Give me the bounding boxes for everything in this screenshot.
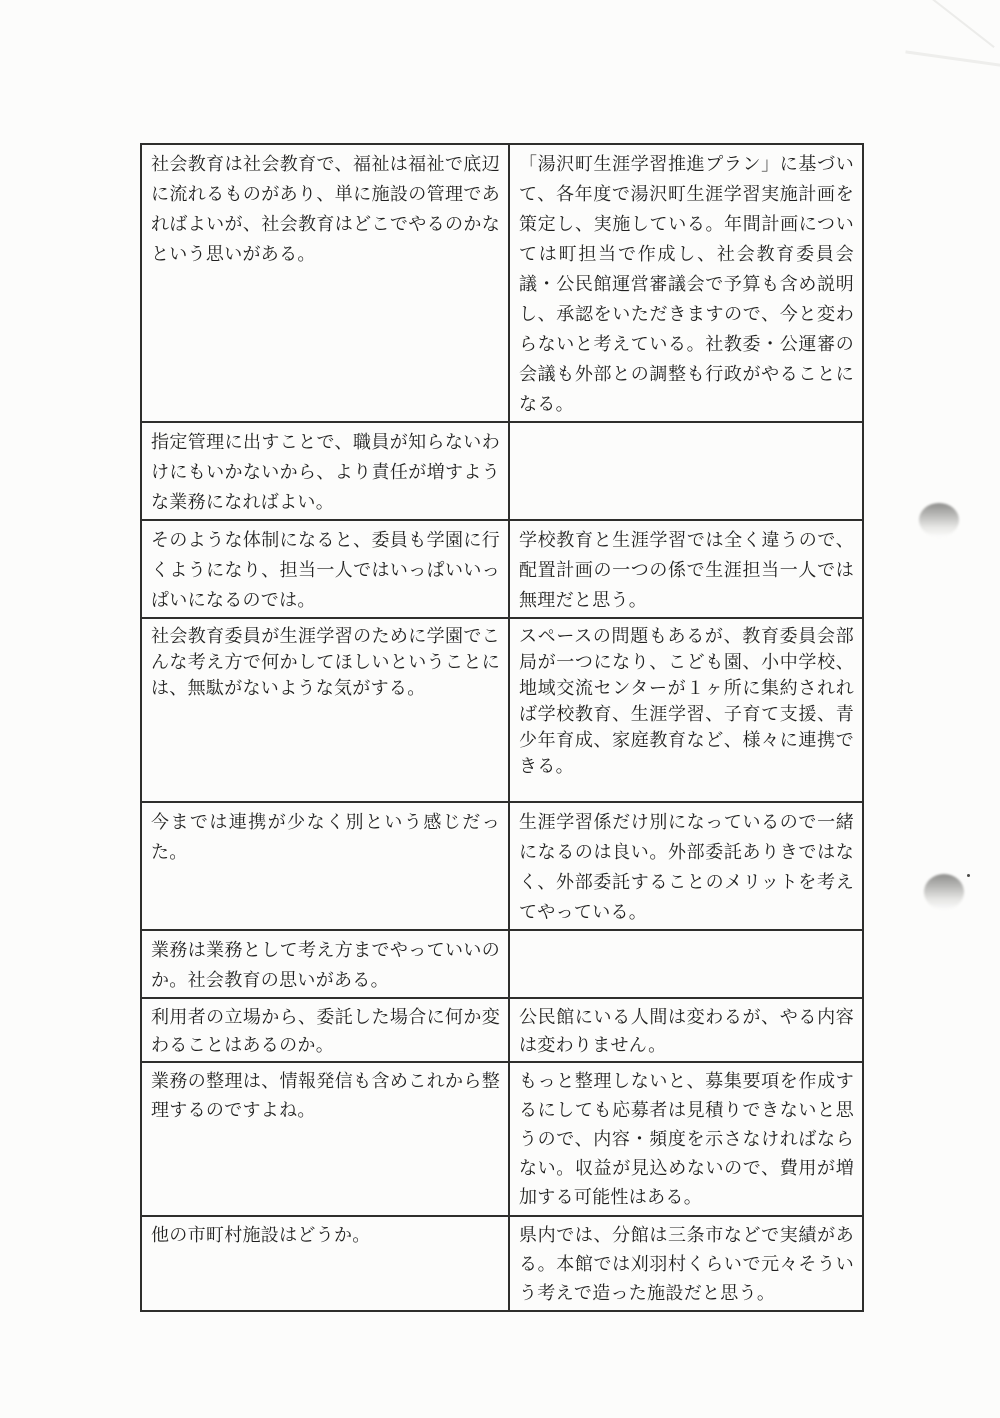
answer-cell: もっと整理しないと、募集要項を作成するにしても応募者は見積りできないと思うので、… <box>509 1062 863 1216</box>
scanned-document-page: 社会教育は社会教育で、福祉は福祉で底辺に流れるものがあり、単に施設の管理であれば… <box>0 0 1000 1418</box>
table-row: そのような体制になると、委員も学園に行くようになり、担当一人ではいっぱいいっぱい… <box>141 520 863 618</box>
question-cell: 社会教育委員が生涯学習のために学園でこんな考え方で何かしてほしいということには、… <box>141 618 509 802</box>
table-row: 他の市町村施設はどうか。 県内では、分館は三条市などで実績がある。本館では刈羽村… <box>141 1216 863 1311</box>
question-cell: 社会教育は社会教育で、福祉は福祉で底辺に流れるものがあり、単に施設の管理であれば… <box>141 144 509 422</box>
answer-cell: 公民館にいる人間は変わるが、やる内容は変わりません。 <box>509 998 863 1062</box>
answer-cell <box>509 930 863 998</box>
table-row: 社会教育は社会教育で、福祉は福祉で底辺に流れるものがあり、単に施設の管理であれば… <box>141 144 863 422</box>
table-row: 業務の整理は、情報発信も含めこれから整理するのですよね。 もっと整理しないと、募… <box>141 1062 863 1216</box>
question-cell: 指定管理に出すことで、職員が知らないわけにもいかないから、より責任が増すような業… <box>141 422 509 520</box>
punch-hole-shadow <box>919 503 959 537</box>
question-cell: 業務は業務として考え方までやっていいのか。社会教育の思いがある。 <box>141 930 509 998</box>
question-cell: 利用者の立場から、委託した場合に何か変わることはあるのか。 <box>141 998 509 1062</box>
answer-cell: 「湯沢町生涯学習推進プラン」に基づいて、各年度で湯沢町生涯学習実施計画を策定し、… <box>509 144 863 422</box>
answer-cell: スペースの問題もあるが、教育委員会部局が一つになり、こども園、小中学校、地域交流… <box>509 618 863 802</box>
comments-responses-table: 社会教育は社会教育で、福祉は福祉で底辺に流れるものがあり、単に施設の管理であれば… <box>140 143 864 1312</box>
table-row: 利用者の立場から、委託した場合に何か変わることはあるのか。 公民館にいる人間は変… <box>141 998 863 1062</box>
scan-crease-artifact <box>850 0 1000 120</box>
question-cell: 今までは連携が少なく別という感じだった。 <box>141 802 509 930</box>
answer-cell: 学校教育と生涯学習では全く違うので、配置計画の一つの係で生涯担当一人では無理だと… <box>509 520 863 618</box>
crease-line <box>875 0 994 48</box>
answer-cell: 生涯学習係だけ別になっているので一緒になるのは良い。外部委託ありきではなく、外部… <box>509 802 863 930</box>
answer-cell <box>509 422 863 520</box>
table-row: 指定管理に出すことで、職員が知らないわけにもいかないから、より責任が増すような業… <box>141 422 863 520</box>
question-cell: 業務の整理は、情報発信も含めこれから整理するのですよね。 <box>141 1062 509 1216</box>
question-cell: 他の市町村施設はどうか。 <box>141 1216 509 1311</box>
question-cell: そのような体制になると、委員も学園に行くようになり、担当一人ではいっぱいいっぱい… <box>141 520 509 618</box>
punch-hole-shadow <box>924 874 964 910</box>
crease-line <box>905 50 1000 68</box>
scan-speck <box>967 874 970 877</box>
table-row: 業務は業務として考え方までやっていいのか。社会教育の思いがある。 <box>141 930 863 998</box>
answer-cell: 県内では、分館は三条市などで実績がある。本館では刈羽村くらいで元々そういう考えで… <box>509 1216 863 1311</box>
table-row: 社会教育委員が生涯学習のために学園でこんな考え方で何かしてほしいということには、… <box>141 618 863 802</box>
table-row: 今までは連携が少なく別という感じだった。 生涯学習係だけ別になっているので一緒に… <box>141 802 863 930</box>
